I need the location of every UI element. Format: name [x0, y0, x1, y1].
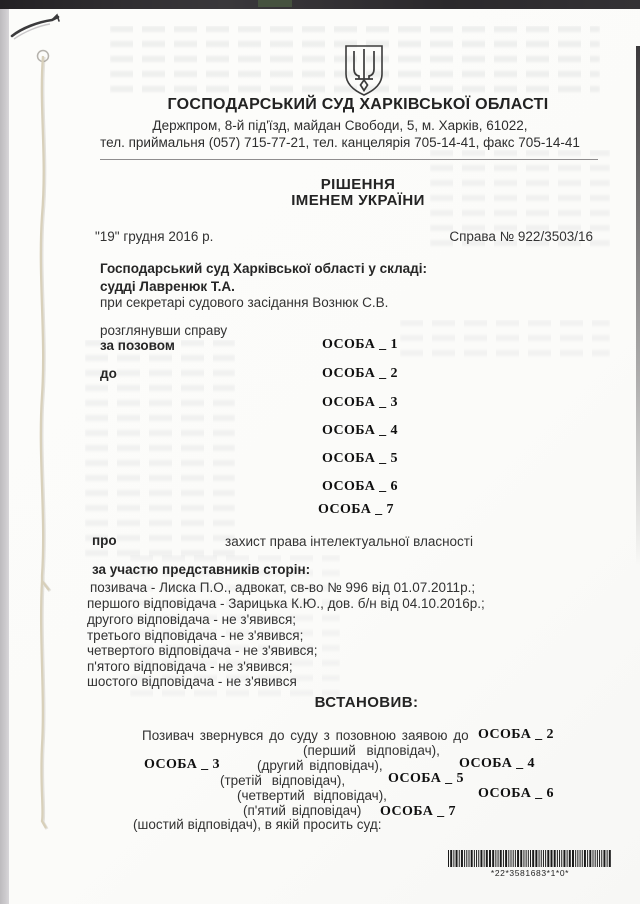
established-text: (п'ятий відповідач) [243, 803, 361, 818]
defendant-label: до [100, 366, 117, 381]
plaintiff-label: за позовом [100, 338, 175, 353]
person-ref-2: ОСОБА _ 2 [478, 727, 554, 743]
court-composition-line1: Господарський суд Харківської області у … [100, 261, 427, 276]
established-text: (другий відповідач), [257, 758, 383, 773]
court-address-line2: тел. приймальня (057) 715-77-21, тел. ка… [85, 135, 595, 150]
person-ref-6: ОСОБА _ 6 [478, 786, 554, 802]
decision-subtitle: ІМЕНЕМ УКРАЇНИ [85, 192, 631, 209]
established-heading: ВСТАНОВИВ: [100, 694, 633, 711]
person-ref-7: ОСОБА _ 7 [318, 502, 394, 518]
barcode-digits: *22*3581683*1*0* [448, 868, 612, 878]
representative-line: першого відповідача - Зарицька К.Ю., дов… [87, 596, 485, 611]
established-text: (шостий відповідач), в якій просить суд: [133, 817, 381, 832]
scan-left-edge [0, 9, 9, 904]
court-composition-secretary: при секретарі судового засідання Вознюк … [100, 295, 388, 310]
person-ref-4: ОСОБА _ 4 [322, 423, 398, 439]
person-ref-6: ОСОБА _ 6 [322, 479, 398, 495]
person-ref-3: ОСОБА _ 3 [322, 395, 398, 411]
established-text: (перший відповідач), [303, 743, 440, 758]
court-name: ГОСПОДАРСЬКИЙ СУД ХАРКІВСЬКОЇ ОБЛАСТІ [85, 96, 631, 114]
trident-emblem-icon [341, 44, 387, 98]
person-ref-5: ОСОБА _ 5 [388, 771, 464, 787]
representative-line: позивача - Лиска П.О., адвокат, св-во № … [90, 580, 475, 595]
representatives-heading: за участю представників сторін: [92, 562, 310, 577]
representative-line: четвертого відповідача - не з'явився; [87, 643, 317, 658]
binding-thread [30, 46, 56, 836]
person-ref-5: ОСОБА _ 5 [322, 451, 398, 467]
scan-edge-artifact [258, 0, 292, 7]
header-divider [100, 159, 598, 160]
subject-label: про [92, 533, 117, 548]
representative-line: другого відповідача - не з'явився; [87, 612, 296, 627]
representative-line: п'ятого відповідача - не з'явився; [87, 659, 293, 674]
court-composition-judge: судді Лавренюк Т.А. [100, 279, 235, 294]
staple-mark [8, 12, 62, 40]
person-ref-2: ОСОБА _ 2 [322, 366, 398, 382]
barcode [448, 850, 612, 867]
scan-top-edge [0, 0, 640, 9]
person-ref-7: ОСОБА _ 7 [380, 804, 456, 820]
established-text: (четвертий відповідач), [237, 788, 387, 803]
case-number: Справа № 922/3503/16 [350, 229, 593, 244]
decision-date: "19" грудня 2016 р. [95, 229, 213, 244]
scanned-court-decision-page: ГОСПОДАРСЬКИЙ СУД ХАРКІВСЬКОЇ ОБЛАСТІ Де… [0, 0, 640, 904]
person-ref-4: ОСОБА _ 4 [459, 756, 535, 772]
scan-right-edge-shadow [636, 46, 640, 566]
representative-line: шостого відповідача - не з'явився [87, 674, 297, 689]
court-address-line1: Держпром, 8-й під'їзд, майдан Свободи, 5… [85, 118, 595, 133]
decision-title: РІШЕННЯ [85, 176, 631, 193]
bleedthrough-noise [400, 320, 610, 360]
subject-text: захист права інтелектуальної власності [225, 534, 473, 549]
established-text: (третій відповідач), [220, 773, 345, 788]
person-ref-3: ОСОБА _ 3 [144, 757, 220, 773]
person-ref-1: ОСОБА _ 1 [322, 337, 398, 353]
representative-line: третього відповідача - не з'явився; [87, 628, 303, 643]
case-intro: розглянувши справу [100, 323, 227, 338]
established-text: Позивач звернувся до суду з позовною зая… [142, 728, 469, 743]
